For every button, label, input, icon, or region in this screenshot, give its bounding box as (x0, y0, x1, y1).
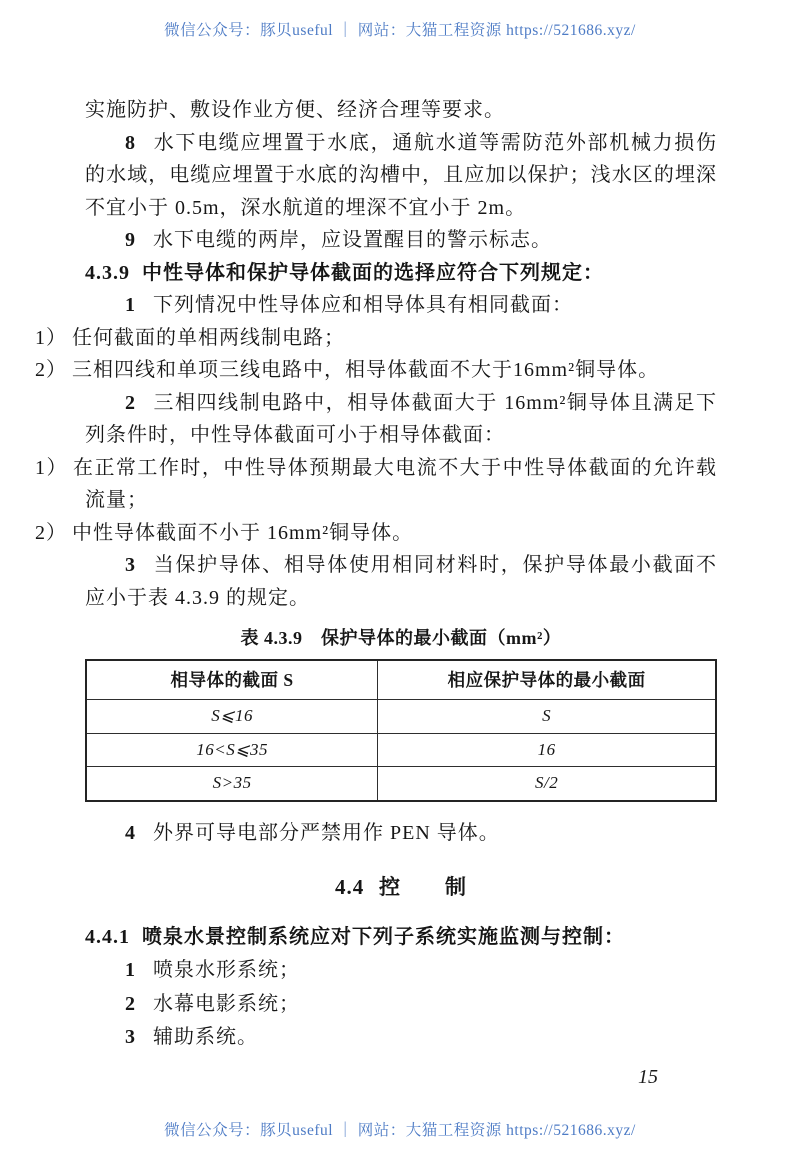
subitem-2: 2）三相四线和单项三线电路中，相导体截面不大于16mm²铜导体。 (85, 354, 717, 387)
item-text: 三相四线制电路中，相导体截面大于 16mm²铜导体且满足下列条件时，中性导体截面… (85, 392, 717, 447)
section-heading-4-4: 4.4控 制 (85, 871, 717, 904)
item-number: 1 (125, 294, 136, 316)
table-header-protective-conductor: 相应保护导体的最小截面 (378, 660, 716, 700)
section-number: 4.4 (335, 875, 364, 899)
table-header-phase-conductor: 相导体的截面 S (86, 660, 378, 700)
clause-4-3-9: 4.3.9中性导体和保护导体截面的选择应符合下列规定： (85, 257, 717, 290)
item-8: 8水下电缆应埋置于水底，通航水道等需防范外部机械力损伤的水域，电缆应埋置于水底的… (85, 127, 717, 225)
item-4: 4外界可导电部分严禁用作 PEN 导体。 (85, 817, 717, 850)
item-1: 1下列情况中性导体应和相导体具有相同截面： (85, 289, 717, 322)
subitem-number: 2） (35, 359, 67, 381)
table-row: S>35 S/2 (86, 767, 716, 801)
page-number: 15 (638, 1066, 658, 1089)
list-item-water-screen: 2水幕电影系统； (85, 988, 717, 1021)
clause-text: 中性导体和保护导体截面的选择应符合下列规定： (142, 262, 604, 284)
clause-number: 4.3.9 (85, 262, 130, 284)
item-text: 辅助系统。 (153, 1026, 258, 1048)
item-9: 9水下电缆的两岸，应设置醒目的警示标志。 (85, 224, 717, 257)
item-number: 8 (125, 132, 136, 154)
item-number: 2 (125, 993, 136, 1015)
clause-text: 喷泉水景控制系统应对下列子系统实施监测与控制： (142, 926, 625, 948)
table-cell: 16 (378, 733, 716, 767)
item-3: 3当保护导体、相导体使用相同材料时，保护导体最小截面不应小于表 4.3.9 的规… (85, 549, 717, 614)
item-number: 9 (125, 229, 136, 251)
paragraph-continuation: 实施防护、敷设作业方便、经济合理等要求。 (85, 94, 717, 127)
item-text: 水幕电影系统； (153, 993, 300, 1015)
item-text: 水下电缆应埋置于水底，通航水道等需防范外部机械力损伤的水域，电缆应埋置于水底的沟… (85, 132, 717, 219)
document-body: 实施防护、敷设作业方便、经济合理等要求。 8水下电缆应埋置于水底，通航水道等需防… (85, 94, 717, 1054)
section-title: 控 制 (379, 875, 467, 899)
list-item-auxiliary: 3辅助系统。 (85, 1021, 717, 1054)
table-cell: S/2 (378, 767, 716, 801)
item-text: 水下电缆的两岸，应设置醒目的警示标志。 (153, 229, 552, 251)
table-cell: S⩽16 (86, 700, 378, 734)
item-2: 2三相四线制电路中，相导体截面大于 16mm²铜导体且满足下列条件时，中性导体截… (85, 387, 717, 452)
subitem-1: 1）任何截面的单相两线制电路； (85, 322, 717, 355)
table-cell: S (378, 700, 716, 734)
subitem-number: 1） (35, 457, 68, 479)
item-number: 4 (125, 822, 136, 844)
table-cell: S>35 (86, 767, 378, 801)
item-number: 2 (125, 392, 136, 414)
list-item-fountain: 1喷泉水形系统； (85, 954, 717, 987)
item-number: 3 (125, 1026, 136, 1048)
clause-number: 4.4.1 (85, 926, 130, 948)
subitem-2b: 2）中性导体截面不小于 16mm²铜导体。 (85, 517, 717, 550)
watermark-bottom: 微信公众号：豚贝useful ｜ 网站：大猫工程资源 https://52168… (0, 1118, 800, 1140)
clause-4-4-1: 4.4.1喷泉水景控制系统应对下列子系统实施监测与控制： (85, 921, 717, 954)
subitem-text: 任何截面的单相两线制电路； (72, 327, 345, 349)
subitem-number: 1） (35, 327, 67, 349)
table-caption: 表 4.3.9 保护导体的最小截面（mm²） (85, 626, 717, 650)
table-4-3-9: 相导体的截面 S 相应保护导体的最小截面 S⩽16 S 16<S⩽35 16 S… (85, 659, 717, 802)
item-text: 当保护导体、相导体使用相同材料时，保护导体最小截面不应小于表 4.3.9 的规定… (85, 554, 717, 609)
item-number: 3 (125, 554, 136, 576)
item-text: 下列情况中性导体应和相导体具有相同截面： (153, 294, 573, 316)
subitem-text: 三相四线和单项三线电路中，相导体截面不大于16mm²铜导体。 (72, 359, 659, 381)
subitem-number: 2） (35, 522, 67, 544)
table-cell: 16<S⩽35 (86, 733, 378, 767)
table-header-row: 相导体的截面 S 相应保护导体的最小截面 (86, 660, 716, 700)
table-row: S⩽16 S (86, 700, 716, 734)
subitem-text: 中性导体截面不小于 16mm²铜导体。 (72, 522, 413, 544)
paragraph-text: 实施防护、敷设作业方便、经济合理等要求。 (85, 99, 505, 121)
table-row: 16<S⩽35 16 (86, 733, 716, 767)
item-text: 喷泉水形系统； (153, 959, 300, 981)
subitem-1b: 1）在正常工作时，中性导体预期最大电流不大于中性导体截面的允许载流量； (85, 452, 717, 517)
item-number: 1 (125, 959, 136, 981)
subitem-text: 在正常工作时，中性导体预期最大电流不大于中性导体截面的允许载流量； (73, 457, 717, 512)
item-text: 外界可导电部分严禁用作 PEN 导体。 (153, 822, 500, 844)
list-4-4-1: 1喷泉水形系统； 2水幕电影系统； 3辅助系统。 (85, 954, 717, 1054)
watermark-top: 微信公众号：豚贝useful ｜ 网站：大猫工程资源 https://52168… (0, 18, 800, 40)
